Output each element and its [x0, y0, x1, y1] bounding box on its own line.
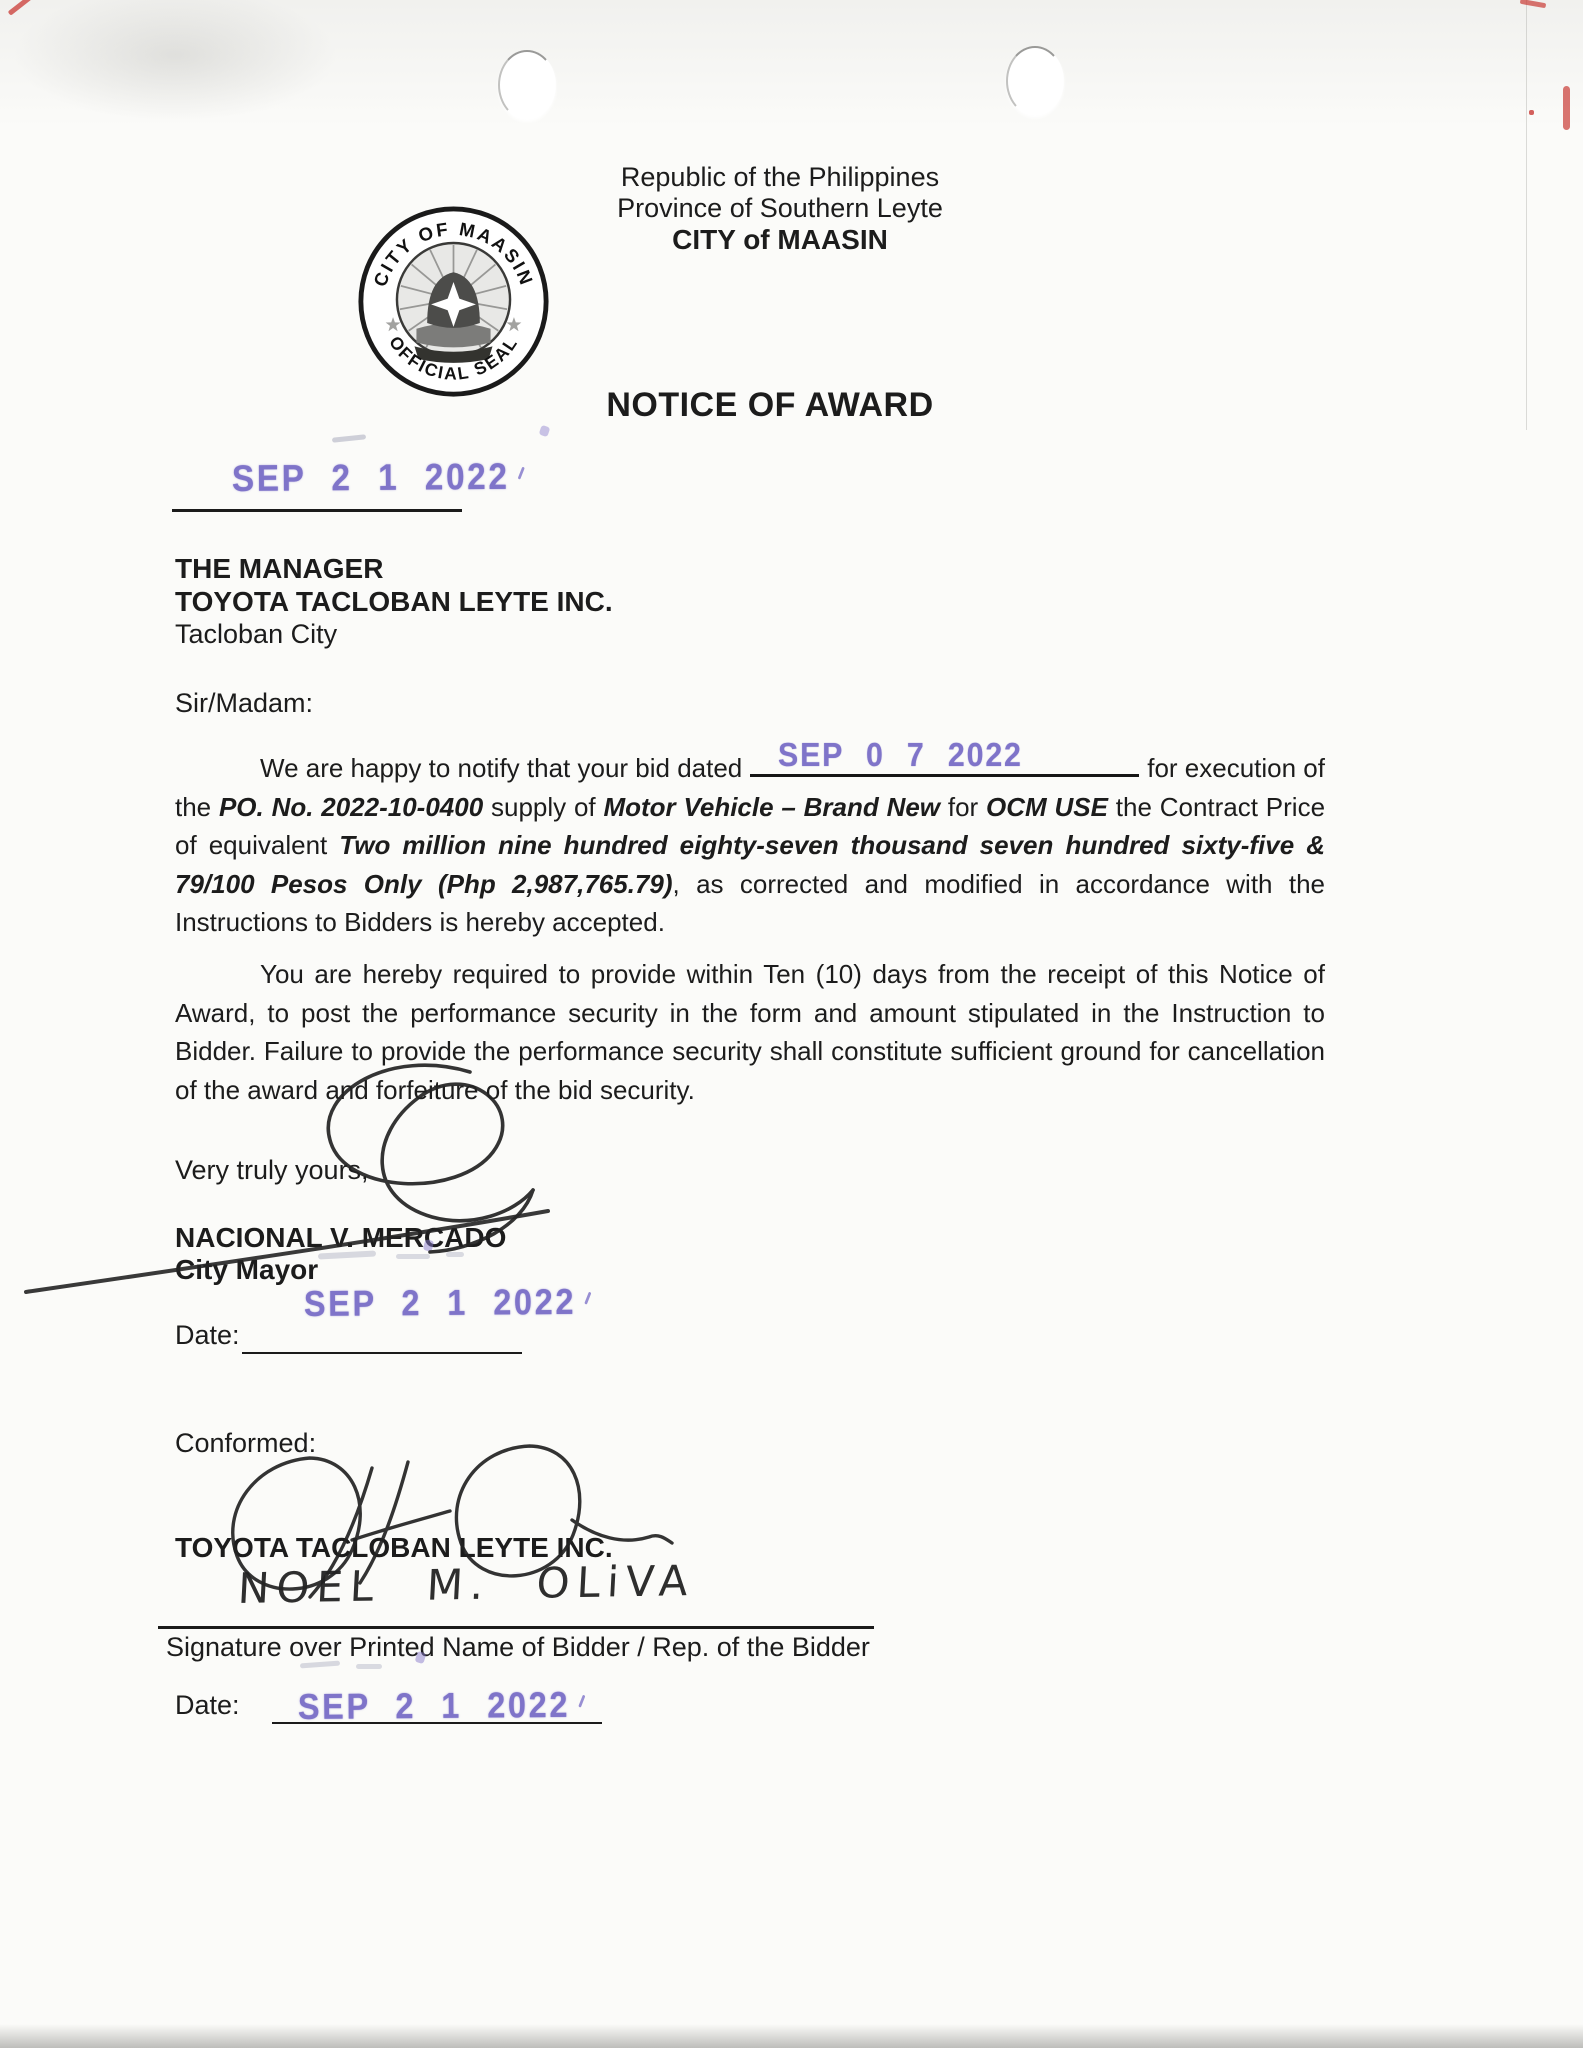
end-use: OCM USE	[986, 792, 1108, 822]
bidder-name-underline	[158, 1626, 874, 1629]
seal-bottom-text: OFFICIAL SEAL	[385, 332, 522, 383]
red-edge-mark	[1529, 110, 1534, 115]
mayor-date-label: Date:	[175, 1320, 240, 1351]
po-number: PO. No. 2022-10-0400	[219, 792, 483, 822]
received-date-stamp-text: SEP 2 1 2022	[232, 456, 510, 499]
document-title: NOTICE OF AWARD	[0, 386, 1540, 425]
seal-side-stars	[386, 317, 522, 331]
stamp-tick-mark	[578, 1695, 585, 1708]
red-edge-mark	[1563, 86, 1570, 130]
addressee-city: Tacloban City	[175, 618, 613, 651]
addressee-block: THE MANAGER TOYOTA TACLOBAN LEYTE INC. T…	[175, 552, 613, 651]
scan-line-artifact	[1526, 0, 1527, 430]
p1-text-post: for execution of	[1147, 749, 1325, 788]
bidder-date-label: Date:	[175, 1690, 240, 1721]
addressee-recipient: THE MANAGER	[175, 552, 613, 585]
scanned-notice-of-award-page: CITY OF MAASIN OFFICIAL SEAL Republic of…	[0, 0, 1583, 2048]
red-edge-mark	[8, 0, 35, 16]
paragraph-1-first-line: We are happy to notify that your bid dat…	[175, 748, 1325, 788]
punch-hole	[498, 50, 556, 120]
p1-seg: supply of	[483, 792, 603, 822]
stamp-tick-mark	[517, 467, 524, 480]
salutation: Sir/Madam:	[175, 688, 313, 719]
punch-hole	[1006, 46, 1064, 116]
p1-seg: the	[175, 792, 219, 822]
mayor-date-stamp: SEP 2 1 2022	[304, 1281, 586, 1325]
supply-item: Motor Vehicle – Brand New	[603, 792, 940, 822]
received-date-underline	[172, 509, 462, 512]
svg-text:OFFICIAL SEAL: OFFICIAL SEAL	[385, 332, 522, 383]
bidder-date-stamp: SEP 2 1 2022	[298, 1684, 580, 1728]
bidder-date-stamp-text: SEP 2 1 2022	[298, 1684, 571, 1727]
valediction: Very truly yours,	[175, 1155, 369, 1186]
received-date-stamp: SEP 2 1 2022	[232, 456, 519, 500]
letterhead-city: CITY of MAASIN	[400, 224, 1160, 255]
letterhead-country: Republic of the Philippines	[400, 162, 1160, 193]
seal-sunburst-rays	[400, 245, 507, 347]
body-paragraph-2: You are hereby required to provide withi…	[175, 955, 1325, 1109]
paragraph-1-rest: the PO. No. 2022-10-0400 supply of Motor…	[175, 788, 1325, 942]
bid-date-blank-line: SEP 0 7 2022	[750, 748, 1139, 777]
bid-date-stamp: SEP 0 7 2022	[778, 736, 1023, 775]
conformed-label: Conformed:	[175, 1428, 316, 1459]
stamp-tick-mark	[584, 1292, 591, 1305]
letterhead-province: Province of Southern Leyte	[400, 193, 1160, 224]
handwritten-bidder-name: NOEL M. OLiVA	[237, 1556, 696, 1613]
letterhead: Republic of the Philippines Province of …	[400, 162, 1160, 255]
signer-name: NACIONAL V. MERCADO	[175, 1222, 506, 1254]
scan-shadow-top	[0, 0, 1583, 150]
seal-helmet-shape	[427, 272, 480, 328]
red-edge-mark	[1520, 0, 1546, 8]
seal-sea-shape	[416, 323, 490, 347]
p1-text-pre: We are happy to notify that your bid dat…	[260, 749, 742, 788]
signer-title: City Mayor	[175, 1254, 318, 1286]
addressee-company: TOYOTA TACLOBAN LEYTE INC.	[175, 585, 613, 618]
signature-caption: Signature over Printed Name of Bidder / …	[166, 1632, 870, 1663]
mayor-date-stamp-text: SEP 2 1 2022	[304, 1281, 577, 1324]
seal-star-icon	[431, 282, 476, 327]
mayor-date-underline	[242, 1352, 522, 1354]
body-paragraph-1: We are happy to notify that your bid dat…	[175, 748, 1325, 942]
p1-seg: for	[940, 792, 986, 822]
seal-banner	[415, 346, 493, 363]
scan-shadow-bottom	[0, 2024, 1583, 2048]
